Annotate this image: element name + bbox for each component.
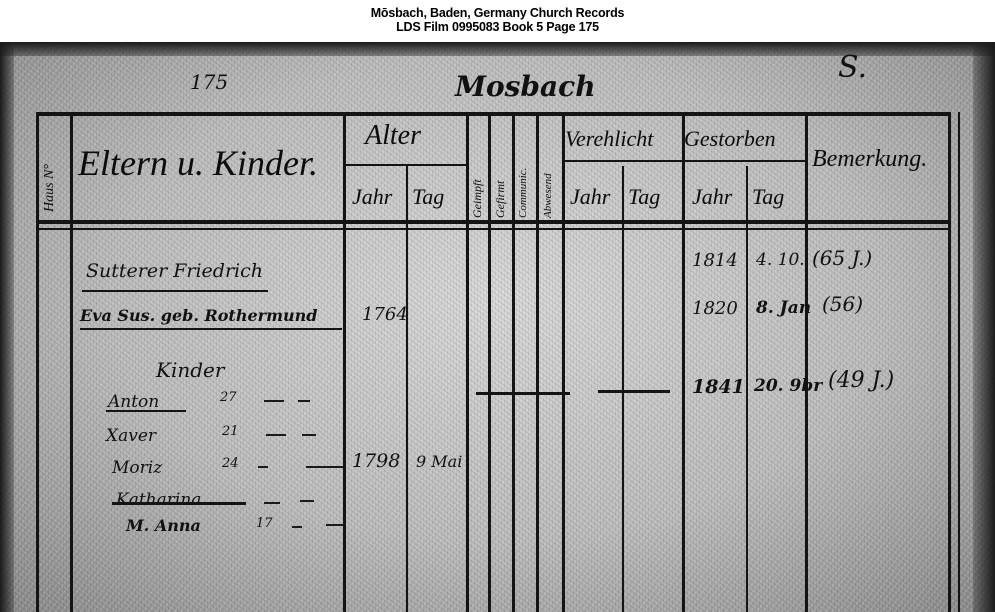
children-label: Kinder bbox=[156, 358, 224, 382]
row-dash-verehlicht bbox=[598, 390, 670, 393]
child-dash bbox=[292, 526, 302, 528]
col-sep-eltern bbox=[343, 112, 346, 612]
scan-edge-left bbox=[0, 42, 14, 612]
verehl-gest-subheader-line bbox=[562, 160, 807, 162]
child-dash bbox=[302, 434, 316, 436]
header-alter-tag: Tag bbox=[412, 184, 444, 210]
child-name-struck: Katharina bbox=[116, 490, 201, 510]
child-age: 27 bbox=[220, 390, 237, 405]
father-death-day: 4. 10. bbox=[756, 250, 805, 270]
col-sep-alter bbox=[466, 112, 469, 612]
child-dash bbox=[258, 466, 268, 468]
header-verehlicht: Verehlicht bbox=[565, 126, 653, 152]
header-bottom-border-inner bbox=[36, 228, 950, 230]
child-dash bbox=[264, 400, 284, 402]
child-death-year: 1841 bbox=[692, 376, 745, 398]
child-dash bbox=[300, 500, 314, 502]
corner-mark: S. bbox=[838, 50, 867, 85]
child-dash bbox=[306, 466, 346, 468]
child-name: Moriz bbox=[112, 458, 162, 478]
table-right-border bbox=[948, 112, 951, 612]
col-sep-gest-jahr bbox=[746, 166, 748, 612]
col-sep-verehl-jahr bbox=[622, 166, 624, 612]
header-alter: Alter bbox=[365, 120, 421, 152]
father-death-year: 1814 bbox=[692, 250, 738, 271]
header-communic: Communic. bbox=[517, 168, 529, 218]
col-sep-verehlicht bbox=[682, 112, 685, 612]
table-left-border bbox=[36, 112, 39, 612]
header-haus-nr: Haus N° bbox=[42, 164, 58, 212]
child-birth-year: 1798 bbox=[352, 450, 400, 472]
child-dash bbox=[266, 434, 286, 436]
header-verehl-tag: Tag bbox=[628, 184, 660, 210]
father-underline bbox=[82, 290, 268, 292]
place-name: Mosbach bbox=[455, 70, 596, 103]
child-dash bbox=[326, 524, 344, 526]
child-age: 21 bbox=[222, 424, 239, 439]
mother-birth-year: 1764 bbox=[362, 304, 408, 325]
col-sep-geimpft bbox=[488, 112, 491, 612]
header-abwesend: Abwesend bbox=[542, 173, 554, 218]
record-caption: Mōsbach, Baden, Germany Church Records L… bbox=[0, 0, 995, 42]
child-name: Anton bbox=[108, 392, 159, 412]
table-right-border-outer bbox=[958, 112, 960, 612]
caption-title: Mōsbach, Baden, Germany Church Records bbox=[0, 6, 995, 20]
col-sep-gestorben bbox=[805, 112, 808, 612]
child-name: M. Anna bbox=[126, 516, 201, 535]
child-age: 17 bbox=[256, 516, 273, 531]
col-sep-gefirmt bbox=[512, 112, 515, 612]
header-bemerkung: Bemerkung. bbox=[812, 146, 927, 173]
caption-film-reference: LDS Film 0995083 Book 5 Page 175 bbox=[0, 20, 995, 34]
header-gefirmt: Gefirmt bbox=[493, 181, 508, 218]
mother-death-day: 8. Jan bbox=[756, 298, 811, 318]
mother-name: Eva Sus. geb. Rothermund bbox=[80, 306, 317, 325]
header-geimpft: Geimpft bbox=[470, 179, 485, 218]
col-sep-communic bbox=[536, 112, 539, 612]
table-top-border bbox=[36, 112, 950, 116]
father-remark: (65 J.) bbox=[812, 246, 872, 270]
row-dash-columns bbox=[476, 392, 570, 395]
child-dash bbox=[264, 502, 280, 504]
child-birth-day: 9 Mai bbox=[416, 452, 462, 471]
father-name: Sutterer Friedrich bbox=[86, 260, 263, 282]
page-number: 175 bbox=[190, 70, 228, 94]
alter-subheader-line bbox=[343, 164, 468, 166]
header-bottom-border bbox=[36, 220, 950, 224]
header-gestorben: Gestorben bbox=[684, 126, 776, 152]
col-sep-abwesend bbox=[562, 112, 565, 612]
mother-underline bbox=[80, 328, 342, 330]
scanned-register-page: 175 Mosbach S. Haus N° Eltern u. Kinder.… bbox=[0, 42, 995, 612]
header-gest-jahr: Jahr bbox=[692, 184, 732, 210]
col-sep-alter-jahr bbox=[406, 166, 408, 612]
header-eltern-kinder: Eltern u. Kinder. bbox=[78, 142, 318, 184]
child-remark: (49 J.) bbox=[828, 368, 894, 393]
mother-death-year: 1820 bbox=[692, 298, 738, 319]
child-underline bbox=[106, 410, 186, 412]
header-verehl-jahr: Jahr bbox=[570, 184, 610, 210]
child-name: Xaver bbox=[106, 426, 156, 446]
mother-remark: (56) bbox=[822, 292, 863, 316]
header-alter-jahr: Jahr bbox=[352, 184, 392, 210]
header-gest-tag: Tag bbox=[752, 184, 784, 210]
col-sep-haus bbox=[70, 112, 73, 612]
child-death-day: 20. 9br bbox=[754, 376, 822, 396]
strikethrough-line bbox=[112, 502, 246, 505]
child-age: 24 bbox=[222, 456, 239, 471]
scan-edge-right bbox=[973, 42, 995, 612]
child-dash bbox=[298, 400, 310, 402]
